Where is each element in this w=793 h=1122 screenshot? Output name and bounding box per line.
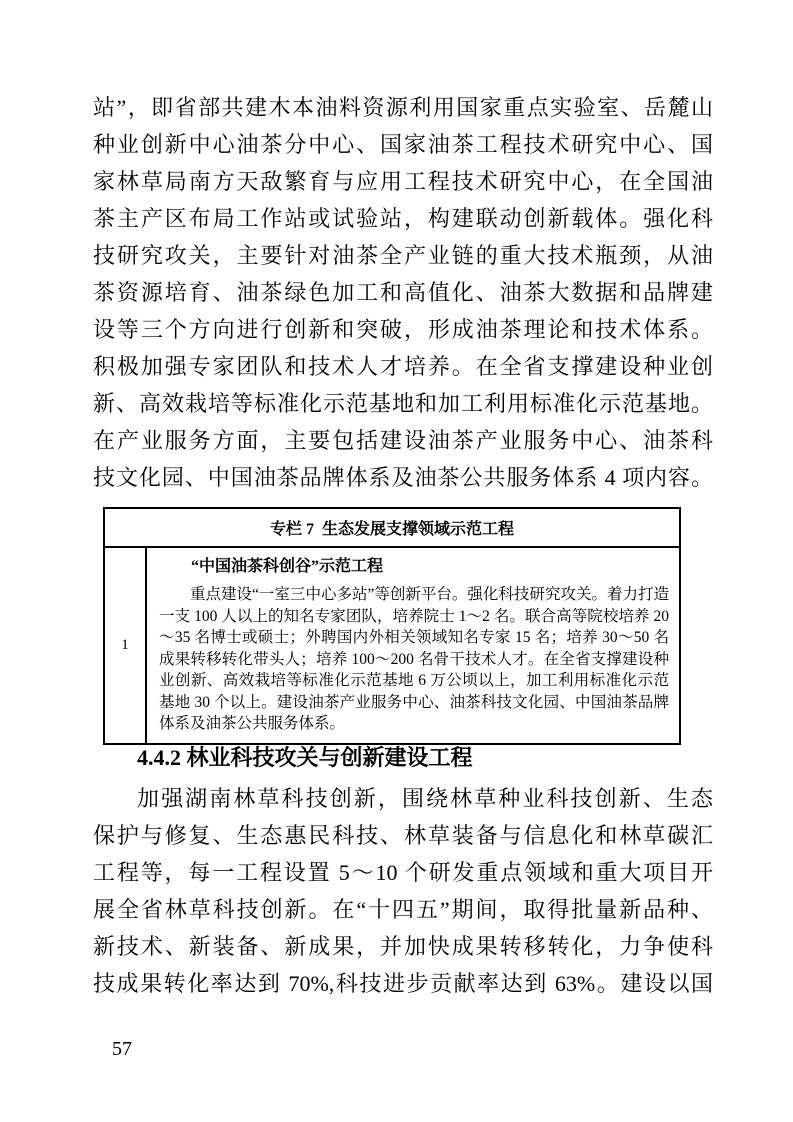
section-heading: 4.4.2 林业科技攻关与创新建设工程	[93, 743, 713, 773]
project-title: “中国油茶科创谷”示范工程	[159, 555, 669, 578]
row-index-cell: 1	[104, 547, 146, 744]
box-table-title: 专栏 7 生态发展支撑领域示范工程	[104, 508, 680, 547]
body-text-line: 在产业服务方面，主要包括建设油茶产业服务中心、油茶科	[93, 422, 713, 459]
body-text-line: 技研究攻关，主要针对油茶全产业链的重大技术瓶颈，从油	[93, 237, 713, 274]
body-text-line: 茶主产区布局工作站或试验站，构建联动创新载体。强化科	[93, 200, 713, 237]
body-text-line: 加强湖南林草科技创新，围绕林草种业科技创新、生态	[93, 780, 713, 817]
body-text-line: 茶资源培育、油茶绿色加工和高值化、油茶大数据和品牌建	[93, 274, 713, 311]
body-paragraph-section: 加强湖南林草科技创新，围绕林草种业科技创新、生态 保护与修复、生态惠民科技、林草…	[93, 780, 713, 1002]
project-box-table: 专栏 7 生态发展支撑领域示范工程 1 “中国油茶科创谷”示范工程 重点建设“一…	[103, 507, 681, 745]
body-text-line: 积极加强专家团队和技术人才培养。在全省支撑建设种业创	[93, 348, 713, 385]
body-text-line: 新、高效栽培等标准化示范基地和加工利用标准化示范基地。	[93, 385, 713, 422]
body-text-line: 技文化园、中国油茶品牌体系及油茶公共服务体系 4 项内容。	[93, 459, 713, 496]
box-table-header-row: 专栏 7 生态发展支撑领域示范工程	[104, 508, 680, 547]
table-row: 1 “中国油茶科创谷”示范工程 重点建设“一室三中心多站”等创新平台。强化科技研…	[104, 547, 680, 744]
body-text-line: 技成果转化率达到 70%,科技进步贡献率达到 63%。建设以国	[93, 965, 713, 1002]
body-text-line: 站”，即省部共建木本油料资源利用国家重点实验室、岳麓山	[93, 89, 713, 126]
body-text-line: 家林草局南方天敌繁育与应用工程技术研究中心，在全国油	[93, 163, 713, 200]
page-number: 57	[112, 1038, 132, 1061]
body-text-line: 新技术、新装备、新成果，并加快成果转移转化，力争使科	[93, 928, 713, 965]
row-content-cell: “中国油茶科创谷”示范工程 重点建设“一室三中心多站”等创新平台。强化科技研究攻…	[146, 547, 680, 744]
body-text-line: 种业创新中心油茶分中心、国家油茶工程技术研究中心、国	[93, 126, 713, 163]
body-text-line: 工程等，每一工程设置 5～10 个研发重点领域和重大项目开	[93, 854, 713, 891]
document-page: 站”，即省部共建木本油料资源利用国家重点实验室、岳麓山 种业创新中心油茶分中心、…	[0, 0, 793, 1122]
body-text-line: 保护与修复、生态惠民科技、林草装备与信息化和林草碳汇	[93, 817, 713, 854]
project-description: 重点建设“一室三中心多站”等创新平台。强化科技研究攻关。着力打造一支 100 人…	[159, 584, 669, 735]
body-text-line: 设等三个方向进行创新和突破，形成油茶理论和技术体系。	[93, 311, 713, 348]
body-text-line: 展全省林草科技创新。在“十四五”期间，取得批量新品种、	[93, 891, 713, 928]
body-paragraph-top: 站”，即省部共建木本油料资源利用国家重点实验室、岳麓山 种业创新中心油茶分中心、…	[93, 89, 713, 496]
